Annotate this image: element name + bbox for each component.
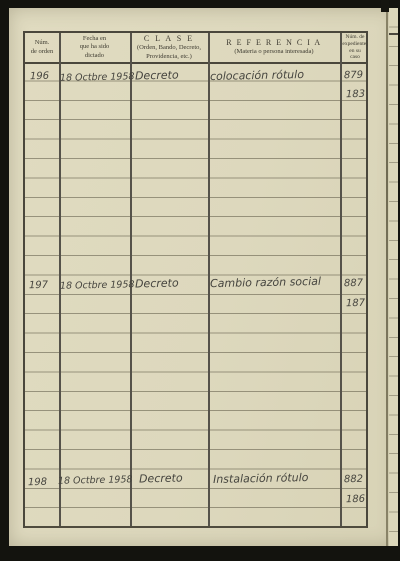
- entry-file-number-1: 879: [344, 70, 363, 81]
- header-line: Núm. de: [346, 34, 365, 40]
- header-line: expediente,: [342, 41, 367, 47]
- header-sub: Providencia, etc.): [146, 53, 192, 60]
- entry-file-number-1: 882: [344, 474, 363, 485]
- entry-class: Decreto: [135, 69, 179, 83]
- header-line: que ha sido: [80, 43, 110, 50]
- header-referencia: R E F E R E N C I A (Materia o persona i…: [208, 38, 340, 56]
- column-divider: [59, 33, 61, 526]
- header-line: en su: [349, 48, 360, 54]
- header-line: dictado: [85, 52, 104, 59]
- header-fecha: Fecha en que ha sido dictado: [59, 35, 130, 59]
- header-title: C L A S E: [130, 34, 208, 44]
- table-header-row: Núm. de orden Fecha en que ha sido dicta…: [25, 33, 366, 64]
- entry-file-number-2: 183: [346, 89, 365, 100]
- header-line: caso: [350, 54, 360, 60]
- header-sub: (Orden, Bando, Decreto,: [137, 44, 201, 51]
- entry-file-number-2: 187: [346, 298, 365, 309]
- adjacent-page-table-border: [389, 33, 398, 35]
- entry-reference: colocación rótulo: [210, 68, 304, 83]
- scanned-ledger-page: { "document": { "kind": "municipal regis…: [0, 0, 400, 561]
- entry-date: 18 Octbre 1958: [60, 71, 135, 84]
- page-edge-crease: [386, 8, 388, 546]
- column-divider: [340, 33, 342, 526]
- adjacent-page-strip: [389, 8, 398, 546]
- entry-file-number-1: 887: [344, 278, 363, 289]
- header-num-expediente: Núm. de expediente, en su caso: [340, 34, 370, 60]
- header-line: Núm.: [35, 39, 50, 46]
- entry-reference: Cambio razón social: [210, 275, 321, 290]
- header-num-orden: Núm. de orden: [25, 39, 59, 55]
- header-line: de orden: [31, 48, 54, 55]
- scan-corner-shadow: [381, 0, 389, 12]
- header-line: Fecha en: [83, 35, 106, 42]
- entry-class: Decreto: [139, 472, 183, 486]
- entry-reference: Instalación rótulo: [213, 471, 309, 486]
- entry-date: 18 Octbre 1958: [58, 474, 133, 487]
- entry-order-number: 198: [28, 477, 47, 488]
- header-sub: (Materia o persona interesada): [234, 48, 313, 55]
- entry-date: 18 Octbre 1958: [60, 279, 135, 292]
- entry-order-number: 197: [29, 280, 48, 291]
- entry-file-number-2: 186: [346, 494, 365, 505]
- header-clase: C L A S E (Orden, Bando, Decreto, Provid…: [130, 34, 208, 60]
- header-title: R E F E R E N C I A: [208, 38, 340, 48]
- entry-class: Decreto: [135, 277, 179, 291]
- table-body-ruled-lines: [25, 62, 366, 528]
- entry-order-number: 196: [30, 71, 49, 82]
